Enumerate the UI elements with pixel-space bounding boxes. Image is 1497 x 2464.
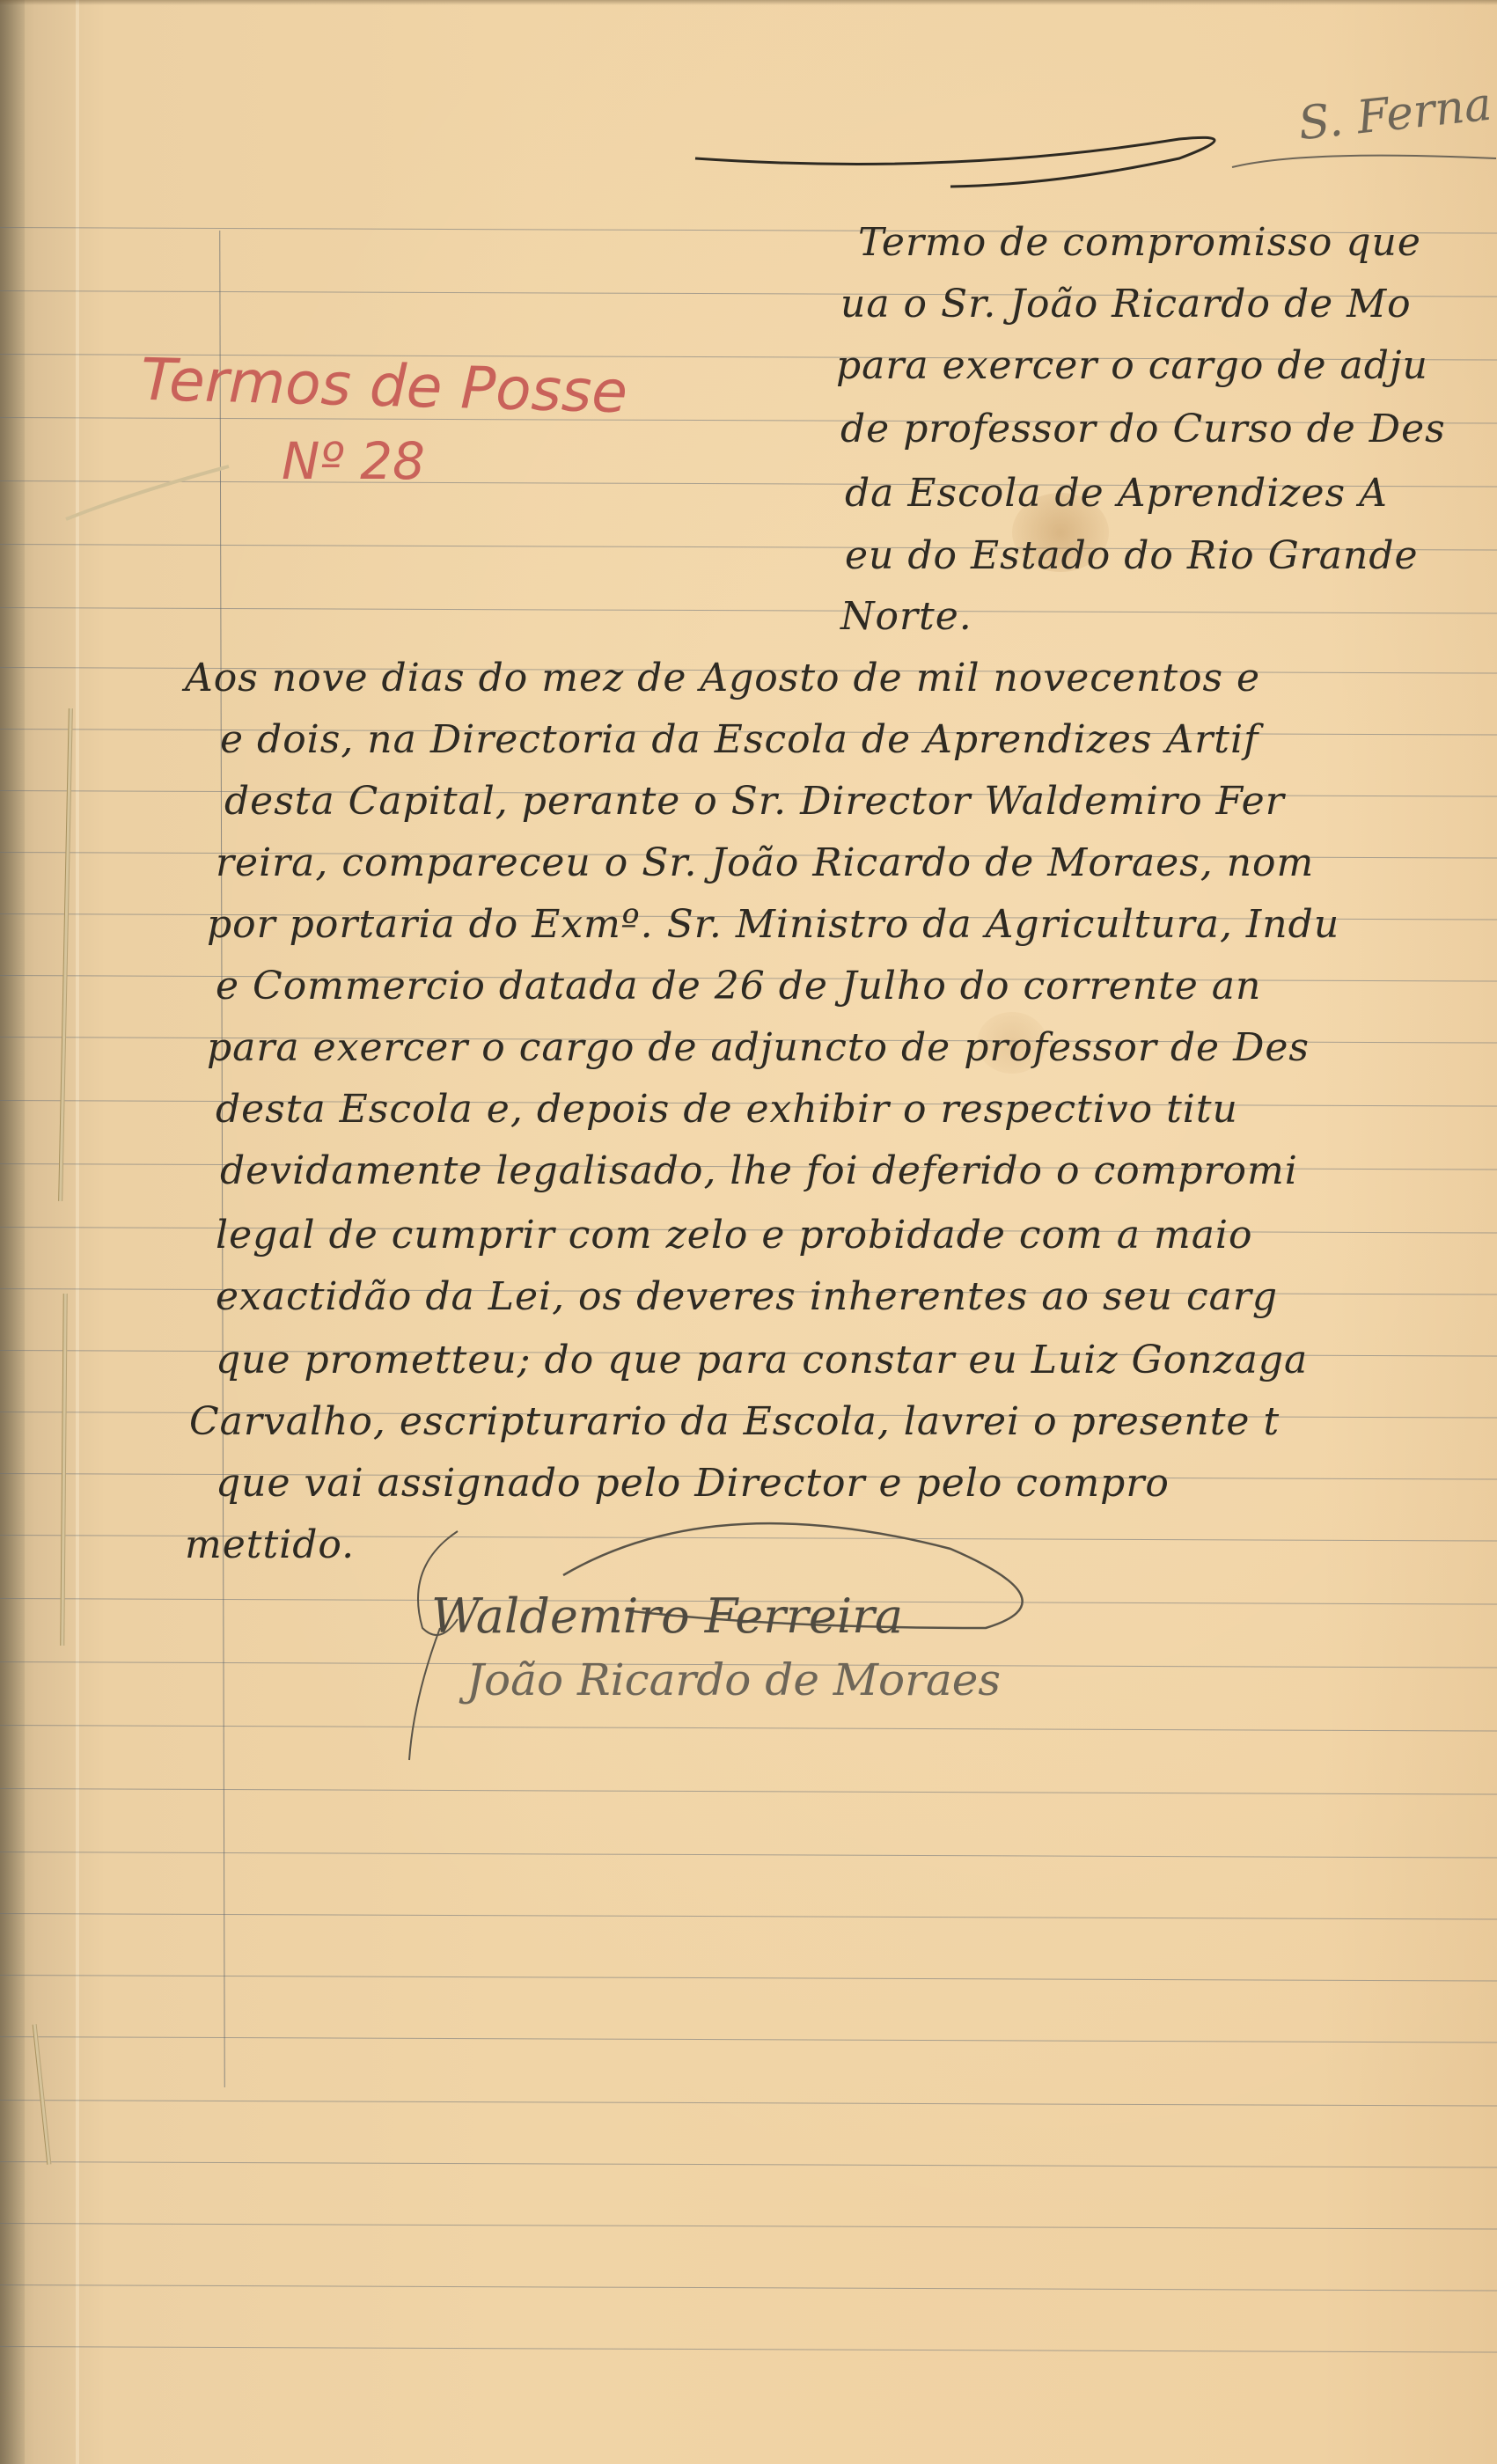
body-line: e Commercio datada de 26 de Julho do cor…	[216, 964, 1261, 1008]
header-flourish-underline	[686, 132, 1496, 211]
binding-thread-loop	[62, 458, 238, 528]
page-top-edge	[0, 0, 1497, 5]
heading-line: Termo de compromisso que	[858, 220, 1421, 265]
ruled-line	[0, 2223, 1497, 2230]
ruled-line	[0, 607, 1497, 614]
heading-line: para exercer o cargo de adju	[836, 343, 1428, 388]
body-line: por portaria do Exmº. Sr. Ministro da Ag…	[207, 902, 1339, 947]
signature-director: Waldemiro Ferreira	[431, 1588, 903, 1644]
body-line: Carvalho, escripturario da Escola, lavre…	[189, 1399, 1280, 1444]
signature-appointee: João Ricardo de Moraes	[466, 1654, 1001, 1705]
ruled-line	[0, 2346, 1497, 2353]
body-line: e dois, na Directoria da Escola de Apren…	[220, 717, 1259, 762]
ruled-line	[0, 1788, 1497, 1795]
body-line: desta Capital, perante o Sr. Director Wa…	[224, 779, 1285, 824]
ruled-line	[0, 2161, 1497, 2168]
body-line: mettido.	[185, 1522, 355, 1567]
binding-thread	[58, 708, 73, 1201]
body-line: para exercer o cargo de adjuncto de prof…	[207, 1025, 1310, 1070]
binding-thread	[60, 1294, 67, 1646]
body-line: legal de cumprir com zelo e probidade co…	[216, 1213, 1253, 1258]
heading-line: de professor do Curso de Des	[840, 407, 1446, 451]
body-line: Aos nove dias do mez de Agosto de mil no…	[185, 656, 1260, 700]
binding-thread	[33, 2024, 52, 2165]
body-line: desta Escola e, depois de exhibir o resp…	[216, 1087, 1238, 1132]
marginal-note-number: Nº 28	[282, 431, 425, 491]
body-line: devidamente legalisado, lhe foi deferido…	[220, 1148, 1298, 1193]
heading-line: ua o Sr. João Ricardo de Mo	[840, 282, 1412, 326]
page-fold-line	[76, 0, 79, 2464]
heading-line: da Escola de Aprendizes A	[845, 471, 1388, 516]
heading-line: eu do Estado do Rio Grande	[845, 533, 1419, 578]
marginal-note-title: Termos de Posse	[140, 346, 628, 426]
heading-line: Norte.	[840, 594, 972, 639]
ruled-line	[0, 2284, 1497, 2292]
scanned-document-page: S. Ferna Termos de Posse Nº 28 Termo de …	[0, 0, 1497, 2464]
binding-spine-shadow	[0, 0, 25, 2464]
ruled-line	[0, 2100, 1497, 2107]
body-line: exactidão da Lei, os deveres inherentes …	[216, 1274, 1278, 1319]
body-line: reira, compareceu o Sr. João Ricardo de …	[216, 840, 1314, 885]
ruled-line	[0, 1852, 1497, 1859]
body-line: que prometteu; do que para constar eu Lu…	[216, 1338, 1308, 1382]
